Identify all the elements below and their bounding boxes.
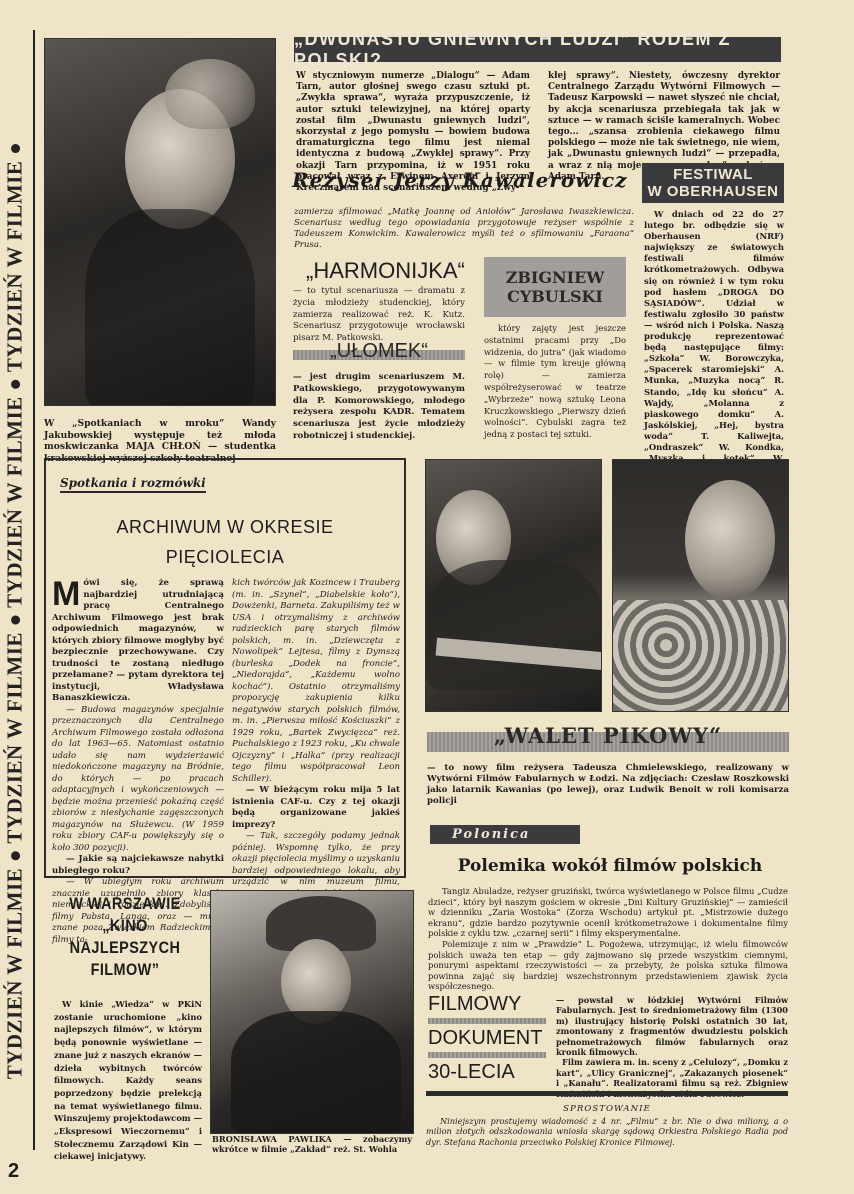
article-festiwal-para1: W dniach od 22 do 27 lutego br. odbędzie…	[644, 209, 784, 486]
section-label-spotkania: Spotkania i rozmówki	[60, 476, 206, 493]
headline-dokument: FILMOWY DOKUMENT 30-LECIA	[428, 993, 546, 1083]
article-dokument-para1: — powstał w łódzkiej Wytwórni Filmów Fab…	[556, 995, 788, 1057]
photo-roszkowski	[425, 459, 602, 712]
article-archiwum-col2-p1: kich twórców jak Kozincew i Trauberg (m.…	[232, 578, 400, 785]
headline-festiwal-line1: FESTIWAL	[673, 166, 753, 183]
photo-caption-pawlik: BRONISŁAWA PAWLIKA — zobaczymy wkrótce w…	[212, 1134, 412, 1155]
headline-dokument-rule1	[428, 1018, 546, 1024]
article-kawalerowicz-body: zamierza sfilmować „Matkę Joannę od Anio…	[294, 207, 634, 251]
sprostowanie-title: SPROSTOWANIE	[426, 1104, 788, 1114]
headline-walet-bar: „WALET PIKOWY“	[427, 732, 789, 752]
headline-ulomek: „UŁOMEK“	[330, 340, 428, 363]
sprostowanie-divider	[426, 1091, 788, 1096]
headline-archiwum-line2: PIĘCIOLECIA	[44, 542, 406, 572]
article-dokument-body: — powstał w łódzkiej Wytwórni Filmów Fab…	[556, 995, 788, 1099]
headline-warszawa-line4: FILMOW”	[56, 959, 194, 981]
section-label-polonica: Polonica	[430, 825, 580, 844]
article-polonica-para1: Tangiz Abuladze, reżyser gruziński, twór…	[428, 886, 788, 939]
article-archiwum-col1-p3: — Jakie są najciekawsze nabytki ubiegłeg…	[52, 854, 224, 877]
headline-cybulski: ZBIGNIEW CYBULSKI	[484, 257, 626, 317]
headline-dokument-rule2	[428, 1052, 546, 1058]
article-archiwum-col2-p2: — W bieżącym roku mija 5 lat istnienia C…	[232, 785, 400, 831]
article-ulomek-body: — jest drugim scenariuszem M. Patkowskie…	[293, 372, 465, 443]
drop-cap: M	[52, 578, 80, 610]
spine-section-label: TYDZIEŃ W FILMIE ● TYDZIEŃ W FILMIE ● TY…	[0, 30, 30, 1190]
headline-archiwum-line1: ARCHIWUM W OKRESIE	[44, 512, 406, 542]
headline-dokument-line2: DOKUMENT	[428, 1027, 546, 1049]
headline-dokument-line3: 30-LECIA	[428, 1061, 546, 1083]
sprostowanie-body: Niniejszym prostujemy wiadomość z 4 nr. …	[426, 1116, 788, 1147]
article-warszawa-body: W kinie „Wiedza“ w PKiN zostanie uruchom…	[54, 998, 202, 1163]
article-archiwum-col1-p1: M ówi się, że sprawą najbardziej utrudni…	[52, 578, 224, 705]
headline-ulomek-bar: „UŁOMEK“	[293, 350, 465, 360]
headline-warszawa-line1: W WARSZAWIE	[56, 893, 194, 915]
photo-maja-chlon	[44, 38, 276, 406]
article-cybulski-body: który zajęty jest jeszcze ostatnimi prac…	[484, 323, 626, 441]
headline-dokument-line1: FILMOWY	[428, 993, 546, 1015]
headline-warszawa-line3: NAJLEPSZYCH	[56, 937, 194, 959]
headline-walet: „WALET PIKOWY“	[494, 723, 722, 748]
article-archiwum-col2: kich twórców jak Kozincew i Trauberg (m.…	[232, 578, 400, 918]
article-polonica-para2: Polemizuje z nim w „Prawdzie“ L. Pogożew…	[428, 939, 788, 992]
headline-kawalerowicz: Reżyser Jerzy Kawalerowicz	[292, 168, 632, 192]
article-archiwum-col1-p2: — Budowa magazynów specjalnie przeznaczo…	[52, 705, 224, 855]
headline-cybulski-line2: CYBULSKI	[507, 287, 603, 306]
headline-archiwum: ARCHIWUM W OKRESIE PIĘCIOLECIA	[44, 512, 406, 572]
headline-cybulski-line1: ZBIGNIEW	[506, 268, 605, 287]
spine-text: TYDZIEŃ W FILMIE ● TYDZIEŃ W FILMIE ● TY…	[3, 141, 28, 1079]
headline-warszawa-line2: „KINO	[56, 915, 194, 937]
spine-divider	[33, 30, 35, 1150]
article-archiwum-col1: M ówi się, że sprawą najbardziej utrudni…	[52, 578, 224, 946]
headline-harmonijka: „HARMONIJKA“	[306, 258, 476, 284]
article-polonica-body: Tangiz Abuladze, reżyser gruziński, twór…	[428, 886, 788, 992]
headline-festiwal-line2: W OBERHAUSEN	[647, 183, 778, 200]
headline-festiwal-oberhausen: FESTIWAL W OBERHAUSEN	[642, 163, 784, 203]
photo-bronislaw-pawlik	[210, 890, 414, 1134]
photo-benoit	[612, 459, 789, 712]
headline-warszawa: W WARSZAWIE „KINO NAJLEPSZYCH FILMOW”	[56, 893, 194, 981]
article-harmonijka-body: — to tytuł scenariusza — dramatu z życia…	[293, 286, 465, 345]
headline-dwunastu: „DWUNASTU GNIEWNYCH LUDZI” RODEM Z POLSK…	[294, 37, 781, 62]
photo-caption-walet: — to nowy film reżysera Tadeusza Chmiele…	[427, 763, 789, 807]
headline-polemika: Polemika wokół filmów polskich	[420, 856, 800, 876]
page-number: 2	[8, 1160, 19, 1183]
